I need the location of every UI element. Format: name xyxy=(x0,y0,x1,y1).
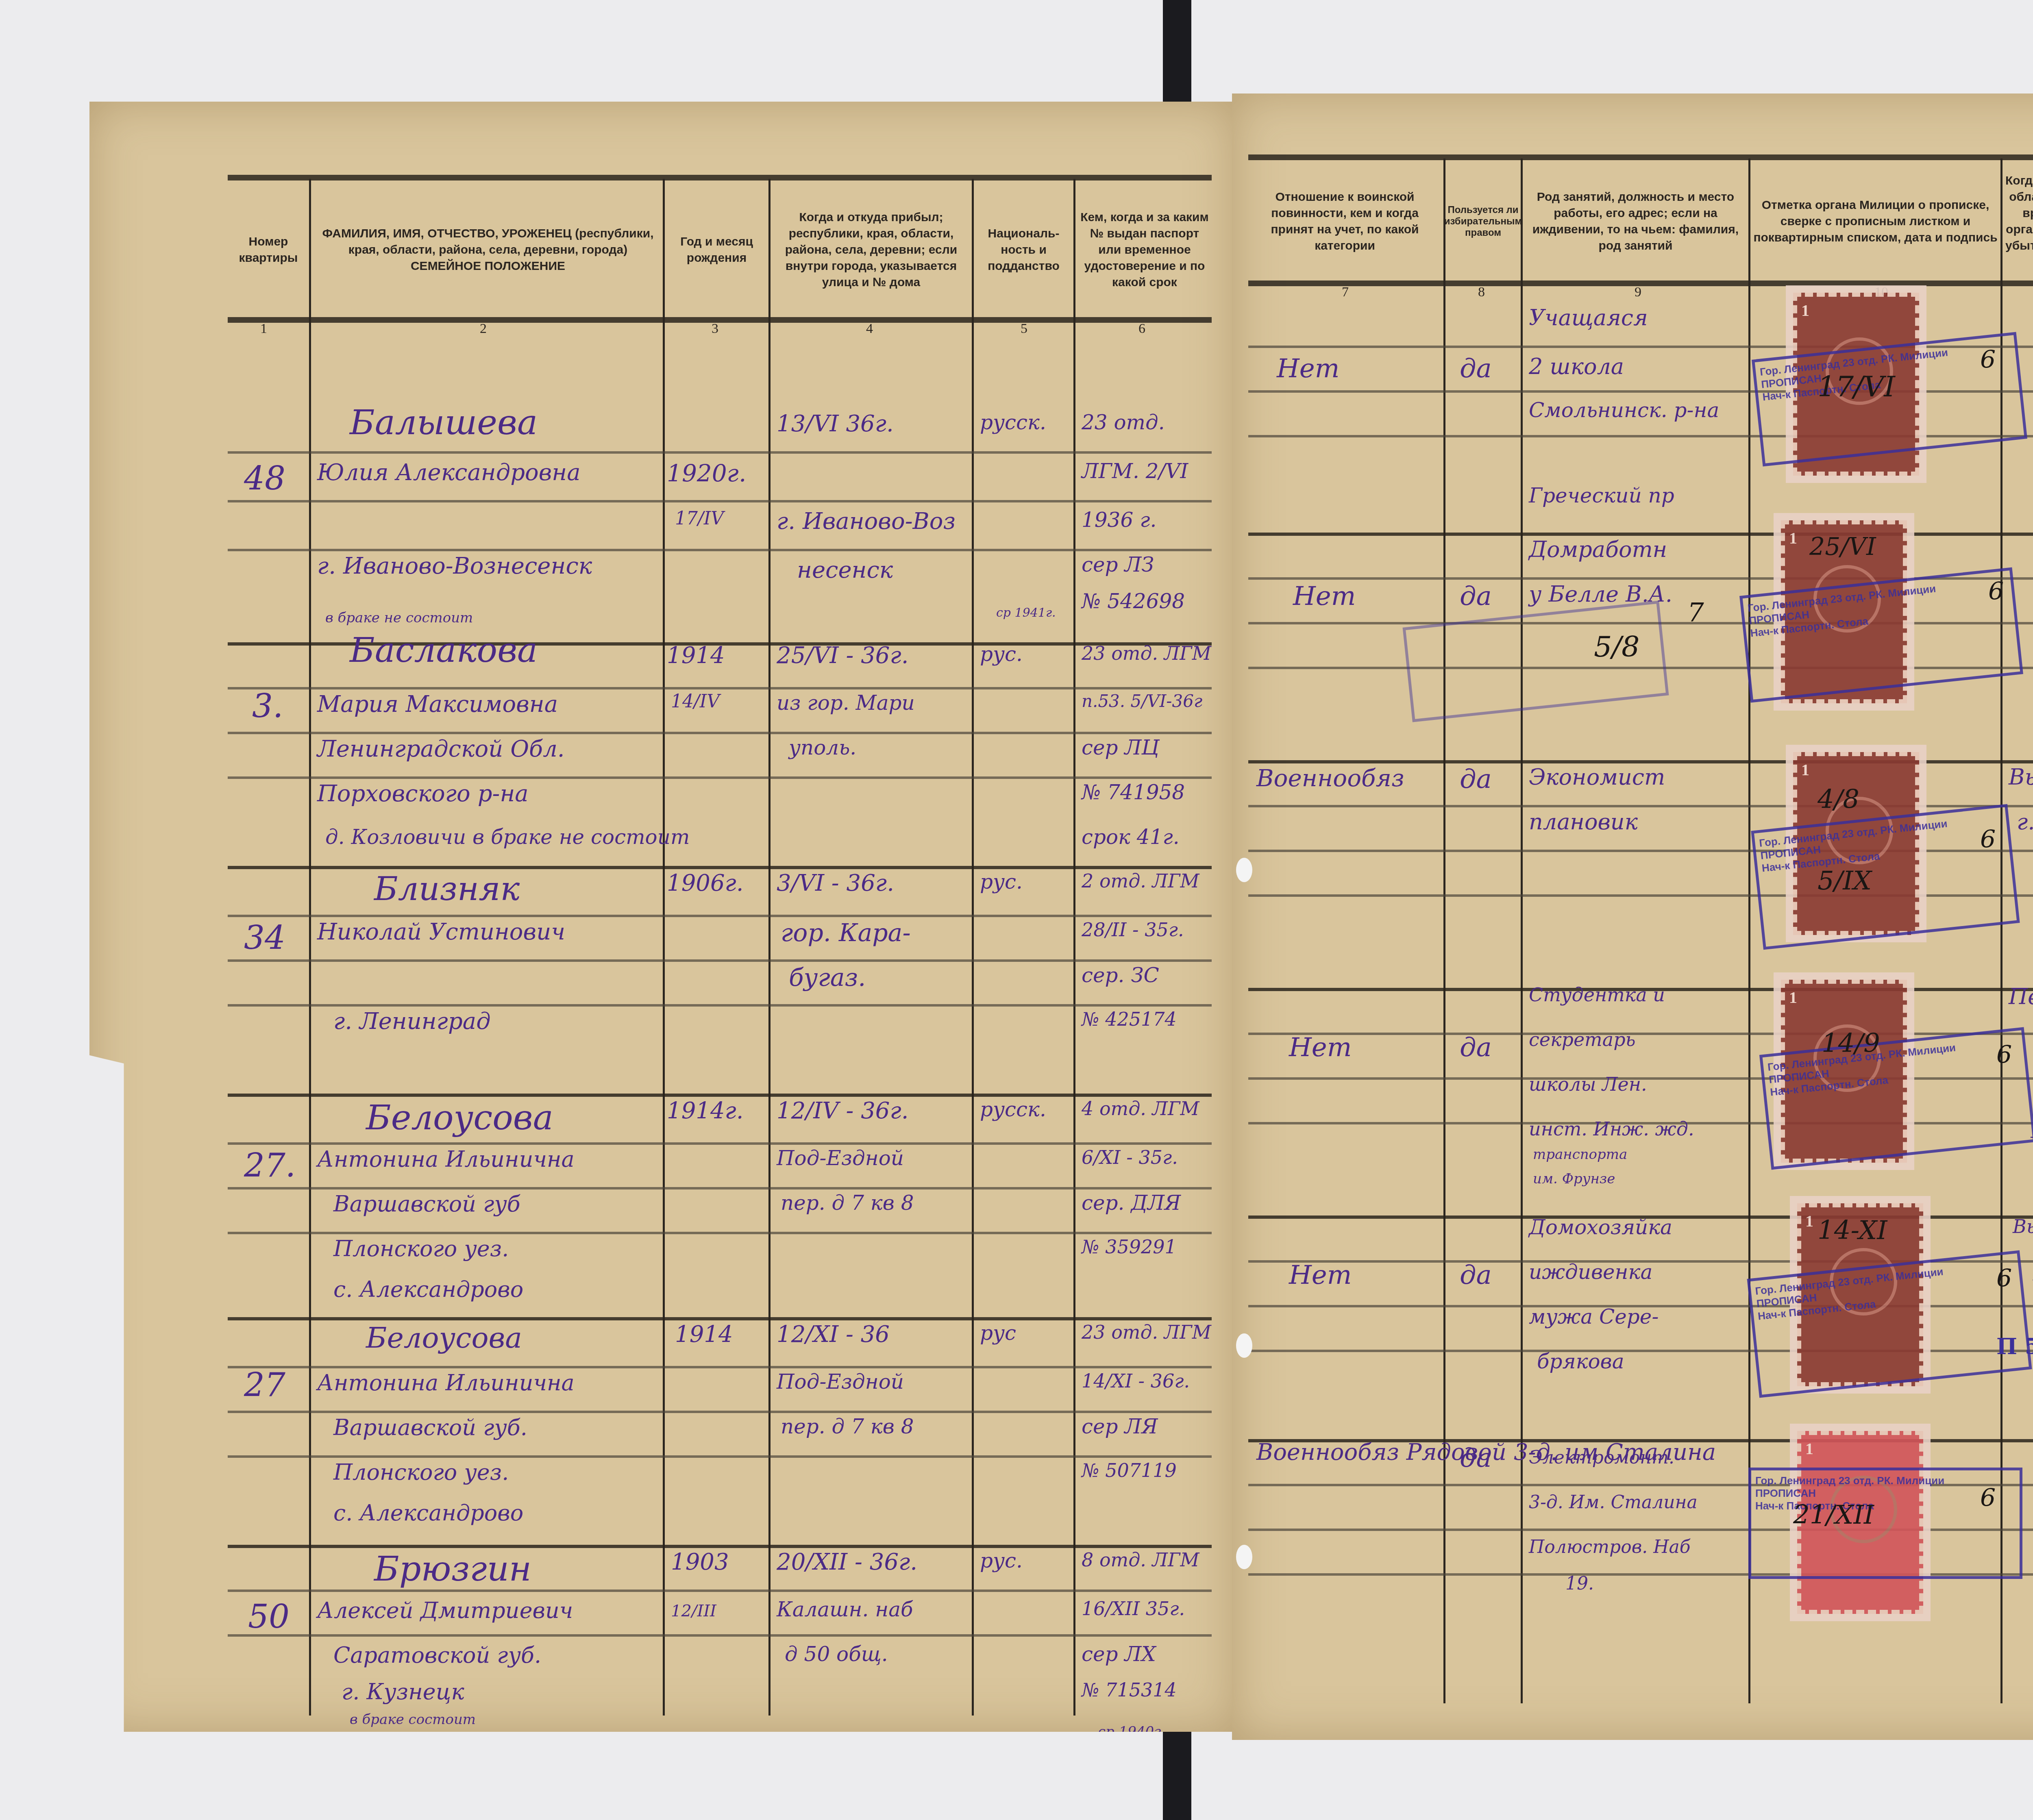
entry-arrived: пер. д 7 кв 8 xyxy=(781,1415,914,1438)
entry-occupation: брякова xyxy=(1537,1350,1624,1373)
entry-vote: да xyxy=(1460,354,1492,384)
entry-passport: 2 отд. ЛГМ xyxy=(1082,870,1199,892)
registration-date: 25/VI xyxy=(1809,533,1876,561)
entry-arrived: из гор. Мари xyxy=(777,691,915,715)
entry-birthplace: Варшавской губ. xyxy=(333,1415,527,1440)
entry-birthplace: Порховского р-на xyxy=(317,781,529,807)
entry-passport: ЛГМ. 2/VI xyxy=(1082,459,1188,483)
entry-nationality: рус. xyxy=(980,1549,1023,1572)
entry-vote: да xyxy=(1460,1033,1492,1063)
entry-birth: 1906г. xyxy=(667,870,744,896)
col-number: 6 xyxy=(1138,321,1145,337)
header-bottom-rule xyxy=(228,317,1212,323)
entry-vote: да xyxy=(1460,1443,1492,1473)
entry-name: Мария Максимовна xyxy=(317,691,558,718)
entry-surname: Балышева xyxy=(350,402,538,442)
entry-apt: 34 xyxy=(244,919,285,957)
entry-name: Николай Устинович xyxy=(317,919,565,945)
header-col-1: Номер квартиры xyxy=(228,183,309,317)
registration-dept: 6 xyxy=(1988,577,2004,606)
header-col-5: Националь-ность и подданство xyxy=(976,183,1071,317)
entry-occupation: Студентка и xyxy=(1529,984,1665,1006)
entry-name: Антонина Ильинична xyxy=(317,1146,575,1172)
entry-passport: срок 41г. xyxy=(1082,825,1180,849)
entry-occupation: 19. xyxy=(1565,1573,1594,1594)
entry-arrived: бугаз. xyxy=(789,963,866,992)
entry-departure: Выбыла 14/X-37г. xyxy=(2013,1216,2033,1237)
entry-apt: 27. xyxy=(244,1146,296,1184)
col-number: 4 xyxy=(866,321,873,337)
binding-hole xyxy=(1236,1545,1252,1569)
entry-birthplace: Плонского уез. xyxy=(333,1459,509,1485)
entry-arrived: гор. Кара- xyxy=(781,919,911,947)
entry-passport: сер ЛХ xyxy=(1082,1642,1156,1666)
entry-birth: 17/IV xyxy=(675,508,724,529)
col-number: 3 xyxy=(712,321,718,337)
entry-marital-status: в браке состоит xyxy=(350,1711,476,1728)
entry-name: Алексей Дмитриевич xyxy=(317,1598,573,1623)
entry-passport: п.53. 5/VI-36г xyxy=(1082,691,1202,711)
registration-dept: 6 xyxy=(1980,1484,1996,1512)
entry-departure: Выбыл 7/IX - 36г. xyxy=(2009,764,2033,790)
entry-arrived: 25/VI - 36г. xyxy=(777,642,909,669)
entry-occupation: Домохозяйка xyxy=(1529,1216,1672,1239)
entry-passport: № 507119 xyxy=(1082,1459,1177,1481)
entry-arrived: несенск xyxy=(797,557,893,583)
entry-occupation: 3-д. Им. Сталина xyxy=(1529,1492,1698,1513)
entry-occupation: инст. Инж. жд. xyxy=(1529,1118,1694,1140)
left-page: Номер квартиры ФАМИЛИЯ, ИМЯ, ОТЧЕСТВО, У… xyxy=(89,102,1236,1732)
header-col-2: ФАМИЛИЯ, ИМЯ, ОТЧЕСТВО, УРОЖЕНЕЦ (респуб… xyxy=(315,183,661,317)
registration-dept: 7 xyxy=(1687,598,1704,628)
header-col-6: Кем, когда и за каким № выдан паспорт ил… xyxy=(1077,183,1212,317)
entry-name: Юлия Александровна xyxy=(317,459,581,486)
entry-occupation: Смольнинск. р-на xyxy=(1529,398,1719,422)
registration-date: 5/IX xyxy=(1818,866,1872,896)
entry-passport: № 741958 xyxy=(1082,781,1185,804)
entry-passport: сер ЛЗ xyxy=(1082,553,1154,576)
registration-date: 21/XII xyxy=(1793,1500,1874,1530)
header-top-rule xyxy=(1248,154,2033,160)
entry-passport: ср 1940г. xyxy=(1098,1724,1165,1740)
entry-birth: 1920г. xyxy=(667,459,746,487)
entry-surname: Брюзгин xyxy=(374,1549,531,1589)
entry-arrived: 12/IV - 36г. xyxy=(777,1098,909,1124)
col-number: 8 xyxy=(1478,285,1485,300)
entry-name: Антонина Ильинична xyxy=(317,1370,575,1396)
entry-passport: № 715314 xyxy=(1082,1679,1177,1701)
entry-passport: 23 отд. ЛГМ xyxy=(1082,1321,1211,1343)
col-divider xyxy=(972,179,974,1716)
entry-vote: да xyxy=(1460,764,1492,794)
entry-occupation: иждивенка xyxy=(1529,1260,1652,1284)
entry-birthplace: с. Александрово xyxy=(333,1500,523,1526)
entry-nationality: русск. xyxy=(980,411,1046,434)
police-registration-stamp: Гор. Ленинград 23 отд. РК. МилицииПРОПИС… xyxy=(1751,804,2020,950)
entry-passport: 8 отд. ЛГМ xyxy=(1082,1549,1199,1571)
entry-arrived: 3/VI - 36г. xyxy=(777,870,894,896)
entry-birth: 12/III xyxy=(671,1602,716,1620)
entry-arrived: 20/XII - 36г. xyxy=(777,1549,917,1575)
entry-passport: 16/XII 35г. xyxy=(1082,1598,1185,1620)
entry-passport: № 542698 xyxy=(1082,589,1185,613)
entry-nationality: рус. xyxy=(980,870,1023,894)
entry-passport: сер. ДЛЯ xyxy=(1082,1191,1181,1215)
entry-departure: 14/XI - 36г. xyxy=(2029,1118,2033,1144)
entry-occupation: Экономист xyxy=(1529,764,1665,790)
entry-birthplace: Плонского уез. xyxy=(333,1236,509,1261)
entry-apt: 3. xyxy=(252,687,283,725)
header-top-rule xyxy=(228,175,1212,180)
registration-dept: 6 xyxy=(1980,346,1996,374)
entry-passport: № 425174 xyxy=(1082,1008,1177,1030)
entry-birthplace: г. Кузнецк xyxy=(342,1679,464,1705)
entry-military: Нет xyxy=(1293,581,1356,611)
entry-apt: 50 xyxy=(248,1598,289,1635)
col-number: 5 xyxy=(1021,321,1027,337)
entry-military: Нет xyxy=(1289,1033,1352,1063)
registration-dept: 6 xyxy=(1996,1264,2012,1293)
col-number: 9 xyxy=(1635,285,1641,300)
entry-arrived: Калашн. наб xyxy=(777,1598,913,1621)
entry-marital-status: в браке не состоит xyxy=(325,610,473,626)
entry-birthplace: г. Ленинград xyxy=(333,1008,491,1035)
entry-birthplace: Ленинградской Обл. xyxy=(317,736,565,762)
registration-date: 4/8 xyxy=(1818,785,1859,815)
entry-surname: Близняк xyxy=(374,870,520,908)
entry-passport: 14/XI - 36г. xyxy=(1082,1370,1190,1392)
col-divider xyxy=(663,179,665,1716)
entry-departure: Перепропис xyxy=(2009,984,2033,1009)
col-divider xyxy=(1073,179,1075,1716)
entry-birthplace: Саратовской губ. xyxy=(333,1642,541,1668)
entry-vote: да xyxy=(1460,581,1492,611)
registration-dept: 6 xyxy=(1980,825,1996,854)
binding-hole xyxy=(1236,858,1252,882)
entry-arrived: Под-Ездной xyxy=(777,1370,904,1394)
entry-occupation: школы Лен. xyxy=(1529,1073,1647,1095)
header-col-9: Род занятий, должность и место работы, е… xyxy=(1525,163,1746,281)
entry-birthplace: д. Козловичи в браке не состоит xyxy=(325,825,690,849)
entry-birth: 1914г. xyxy=(667,1098,744,1124)
header-col-4: Когда и откуда прибыл; республики, края,… xyxy=(773,183,970,317)
entry-arrived: г. Иваново-Воз xyxy=(777,508,956,535)
entry-birth: 1914 xyxy=(667,642,725,669)
entry-surname: Белоусова xyxy=(366,1321,522,1355)
entry-passport: сер. ЗС xyxy=(1082,963,1159,987)
entry-passport: 23 отд. xyxy=(1082,411,1165,434)
header-col-11: Когда и куда выбыл: республика, край, об… xyxy=(2005,163,2033,281)
entry-arrived: 12/XI - 36 xyxy=(777,1321,890,1348)
col-divider xyxy=(309,179,311,1716)
entry-birthplace: с. Александрово xyxy=(333,1276,523,1302)
entry-passport: 4 отд. ЛГМ xyxy=(1082,1098,1199,1120)
registration-dept: 6 xyxy=(1996,1041,2012,1069)
entry-military: Военнообяз xyxy=(1256,764,1404,792)
entry-arrived: 13/VI 36г. xyxy=(777,411,894,437)
col-divider xyxy=(768,179,771,1716)
entry-passport: 6/XI - 35г. xyxy=(1082,1146,1178,1168)
entry-birth: 1903 xyxy=(671,1549,729,1575)
entry-apt: 48 xyxy=(244,459,285,497)
registration-date: 5/8 xyxy=(1594,630,1640,663)
entry-surname: Белоусова xyxy=(366,1098,553,1137)
header-col-8: Пользуется ли избирательным правом xyxy=(1447,163,1519,281)
entry-military: Нет xyxy=(1277,354,1339,384)
entry-passport: № 359291 xyxy=(1082,1236,1177,1258)
entry-passport: сер ЛЦ xyxy=(1082,736,1159,759)
entry-arrived: пер. д 7 кв 8 xyxy=(781,1191,914,1215)
police-registration-stamp: Гор. Ленинград 23 отд. РК. МилицииПРОПИС… xyxy=(1747,1250,2032,1398)
col-number: 7 xyxy=(1342,285,1349,300)
entry-departure: г. Карабугаз. xyxy=(2017,809,2033,835)
departure-date-stamp: П 5 ОКТ 1937 xyxy=(1996,1333,2033,1359)
header-col-10: Отметка органа Милиции о прописке, сверк… xyxy=(1752,163,1998,281)
registration-date: 17/VI xyxy=(1818,370,1895,403)
entry-arrived: Под-Ездной xyxy=(777,1146,904,1170)
entry-passport: 1936 г. xyxy=(1082,508,1156,532)
entry-occupation: им. Фрунзе xyxy=(1533,1171,1615,1187)
entry-nationality: рус. xyxy=(980,642,1023,666)
binding-hole xyxy=(1236,1333,1252,1358)
entry-arrived: уполь. xyxy=(789,736,856,759)
entry-surname: Баслакова xyxy=(350,630,538,670)
entry-occupation: Полюстров. Наб xyxy=(1529,1537,1691,1557)
right-page: 41 Отношение к воинской повинности, кем … xyxy=(1232,94,2033,1740)
entry-birthplace: г. Иваново-Вознесенск xyxy=(317,553,592,579)
entry-passport: 23 отд. ЛГМ xyxy=(1082,642,1211,664)
header-col-3: Год и месяц рождения xyxy=(667,183,766,317)
entry-vote: да xyxy=(1460,1260,1492,1290)
entry-occupation: секретарь xyxy=(1529,1029,1636,1050)
entry-military: Нет xyxy=(1289,1260,1352,1290)
entry-note: ср 1941г. xyxy=(996,606,1056,620)
entry-occupation: Домработн xyxy=(1529,537,1667,562)
entry-apt: 27 xyxy=(244,1366,285,1404)
entry-occupation: 2 школа xyxy=(1529,354,1624,379)
entry-occupation: Греческий пр xyxy=(1529,484,1674,507)
entry-birthplace: Варшавской губ xyxy=(333,1191,520,1217)
entry-occupation: плановик xyxy=(1529,809,1638,835)
entry-occupation: Учащаяся xyxy=(1529,305,1648,331)
header-col-7: Отношение к воинской повинности, кем и к… xyxy=(1248,163,1441,281)
entry-nationality: русск. xyxy=(980,1098,1046,1121)
entry-nationality: рус xyxy=(980,1321,1016,1345)
entry-birth: 1914 xyxy=(675,1321,733,1348)
entry-passport: 28/II - 35г. xyxy=(1082,919,1184,941)
entry-occupation: мужа Сере- xyxy=(1529,1305,1659,1329)
registration-date: 14-XI xyxy=(1818,1216,1887,1246)
entry-arrived: д 50 общ. xyxy=(785,1642,888,1666)
entry-occupation: Электромонт. xyxy=(1529,1447,1674,1468)
entry-birth: 14/IV xyxy=(671,691,720,712)
registration-date: 14/9 xyxy=(1822,1029,1880,1059)
col-number: 1 xyxy=(260,321,267,337)
col-number: 2 xyxy=(480,321,487,337)
entry-passport: сер ЛЯ xyxy=(1082,1415,1158,1438)
entry-occupation: транспорта xyxy=(1533,1146,1627,1163)
